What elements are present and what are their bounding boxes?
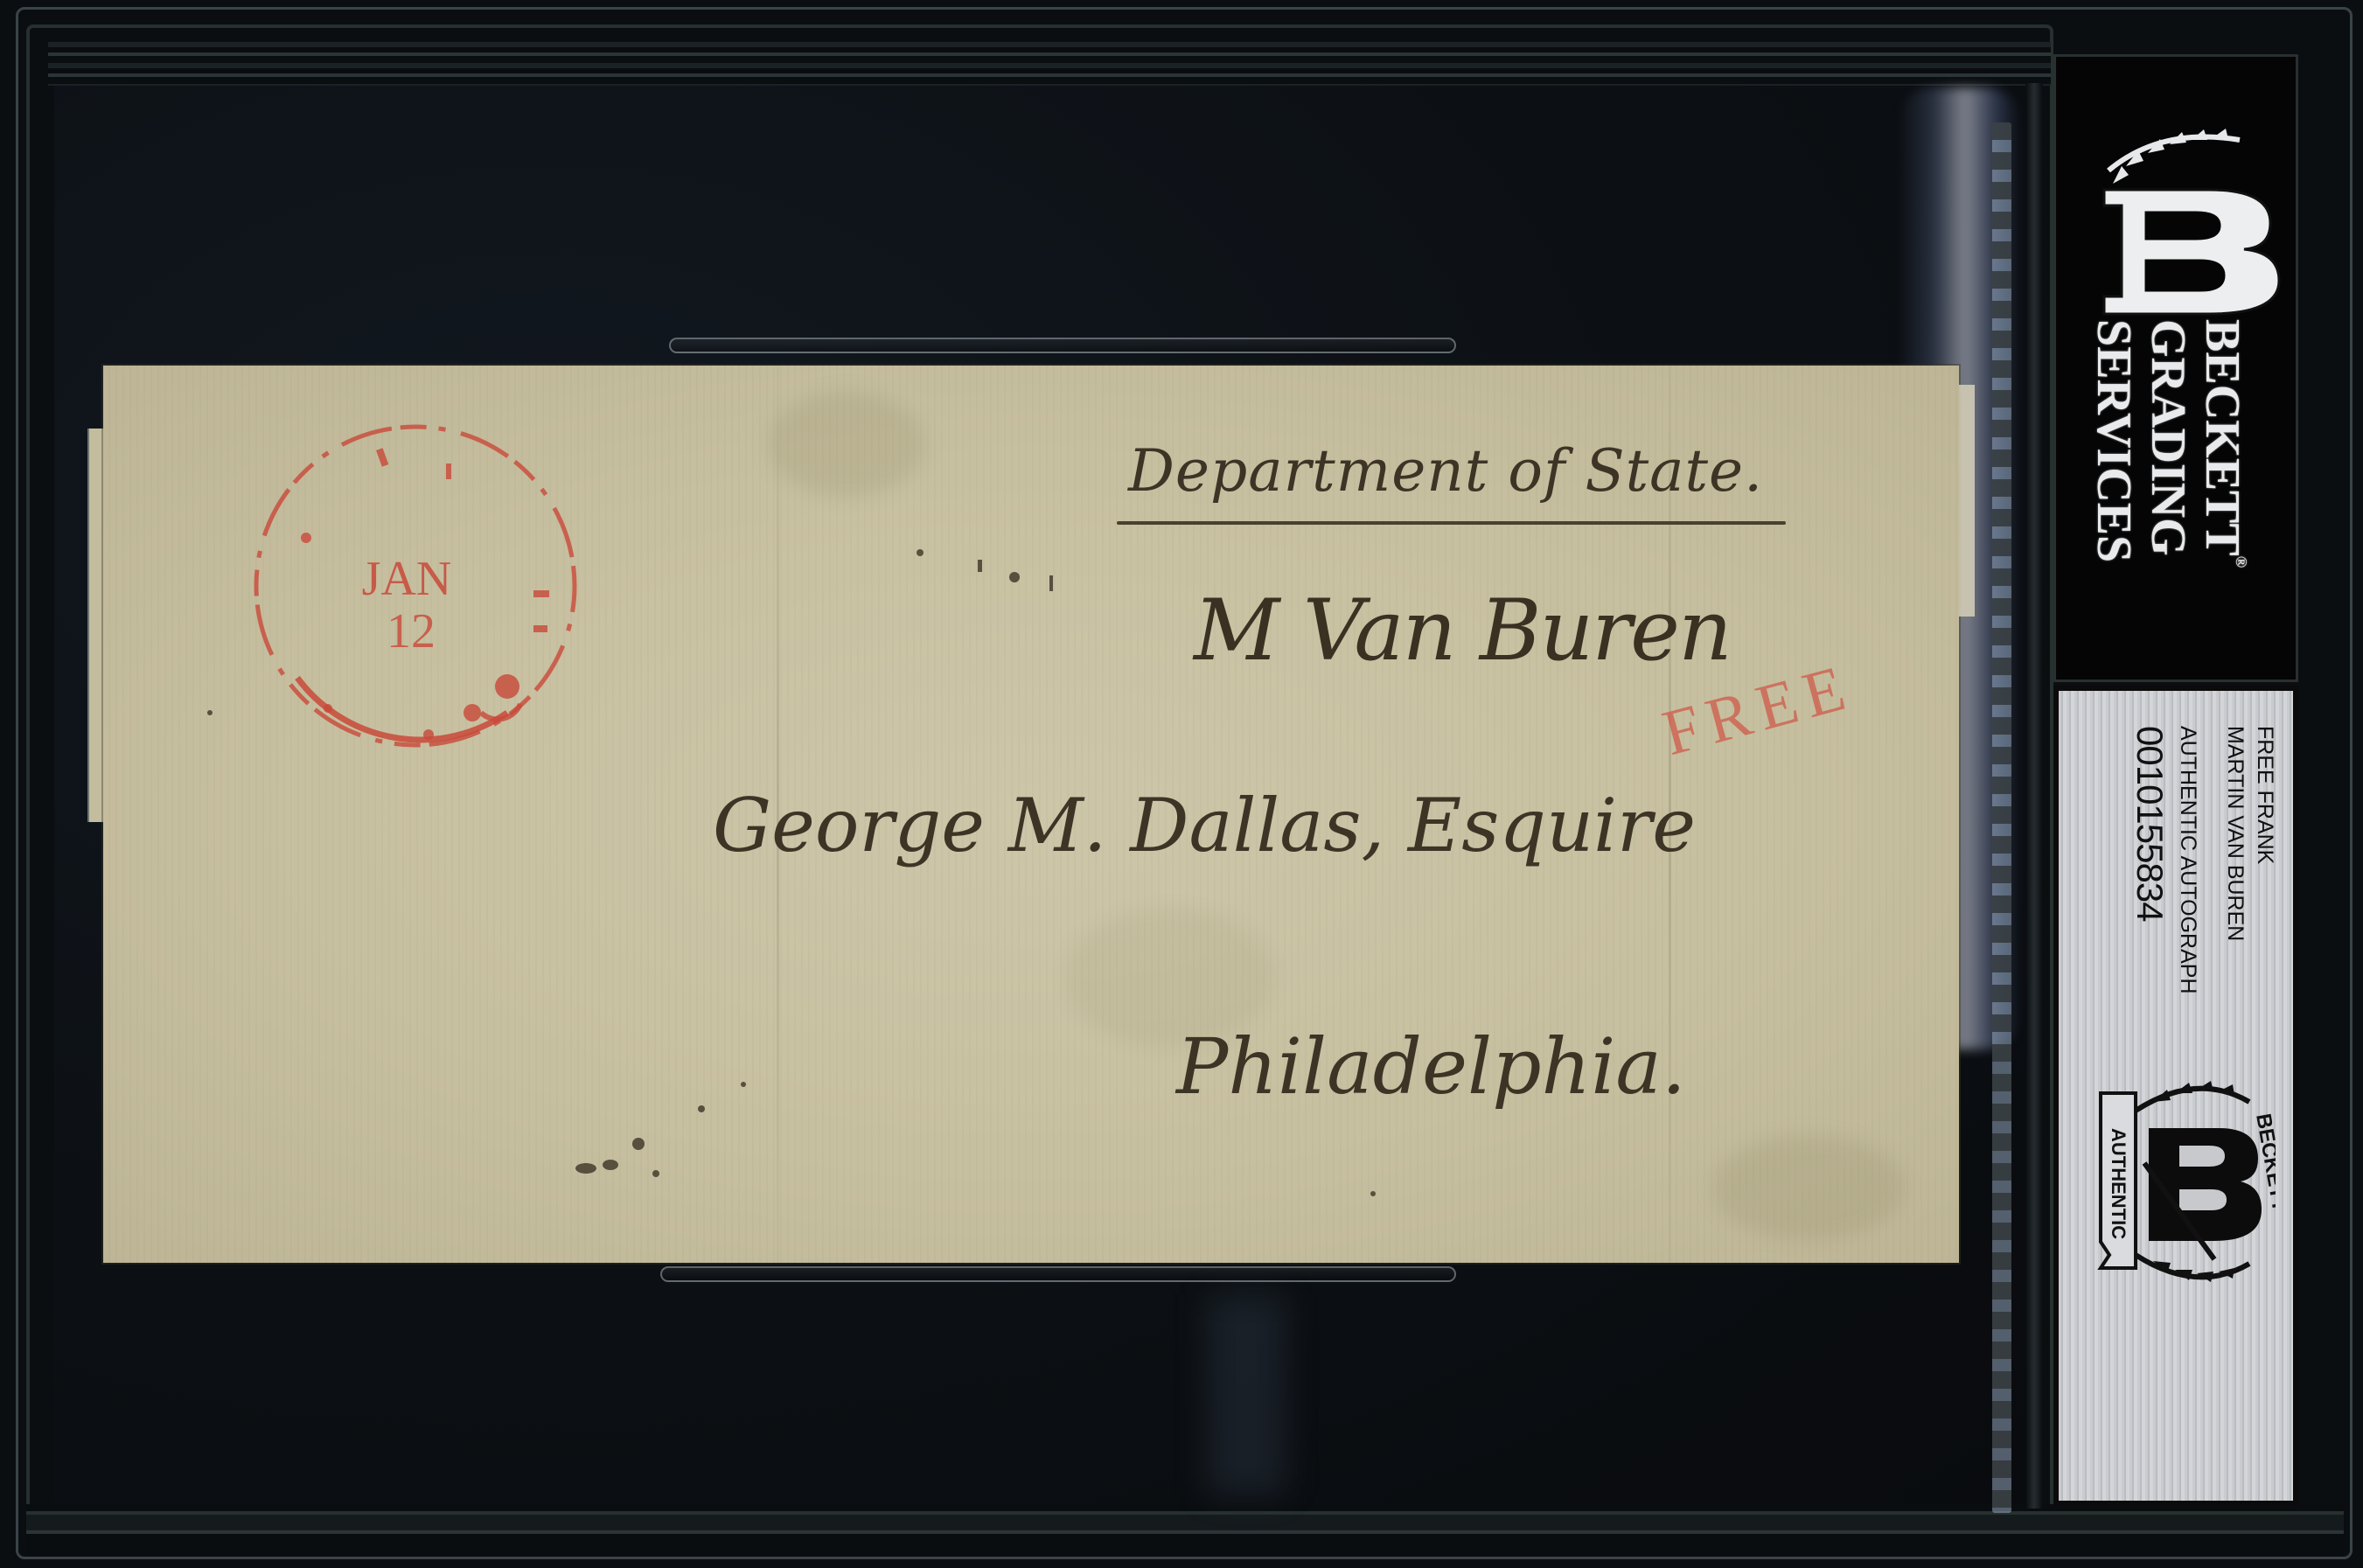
addressee-name: George M. Dallas, Esquire (713, 783, 1696, 868)
header-underline (1117, 521, 1786, 525)
van-buren-signature: M Van Buren (1194, 582, 1731, 679)
grade-text: AUTHENTIC AUTOGRAPH (2175, 726, 2200, 994)
addressee-city: Philadelphia. (1176, 1021, 1686, 1112)
holder-bottom-retainer-rib (660, 1266, 1456, 1282)
postmark-day: 12 (387, 604, 436, 659)
plastic-reflection (1207, 1294, 1286, 1495)
brand-line-beckett: BECKETT® (2194, 319, 2250, 568)
grading-label: BECKETT® GRADING SERVICES FREE FRANK MAR… (2053, 54, 2298, 1506)
label-header-panel: BECKETT® GRADING SERVICES (2053, 54, 2298, 682)
certification-number: 0010155834 (2129, 726, 2171, 922)
postmark-month: JAN (362, 552, 452, 606)
slab-top-ridge (48, 42, 2051, 86)
beckett-authentic-seal-icon: AUTHENTIC BECKETT (2083, 1067, 2276, 1294)
paper-stain (768, 392, 925, 497)
brand-line-services: SERVICES (2086, 319, 2142, 562)
grading-slab-holder: JAN 12 FREE Department of State. M Van B… (0, 0, 2363, 1568)
sleeve-perforation-strip (1992, 122, 2011, 1513)
brand-wordmark: BECKETT® GRADING SERVICES (2056, 319, 2296, 669)
seal-banner-text: AUTHENTIC (2108, 1128, 2129, 1239)
slab-divider-rail (2025, 83, 2043, 1509)
beckett-b-laurel-logo-icon (2074, 118, 2283, 319)
holder-top-retainer-rib (669, 338, 1456, 353)
brand-line-grading: GRADING (2140, 319, 2196, 556)
label-details-panel: FREE FRANK MARTIN VAN BUREN AUTHENTIC AU… (2053, 686, 2298, 1506)
item-title: FREE FRANK (2252, 726, 2277, 864)
item-subject: MARTIN VAN BUREN (2222, 726, 2248, 941)
paper-stain (1712, 1135, 1905, 1240)
envelope-edge-tab (1959, 385, 1975, 617)
department-header: Department of State. (1128, 437, 1763, 505)
circular-postmark: JAN 12 (245, 415, 586, 756)
